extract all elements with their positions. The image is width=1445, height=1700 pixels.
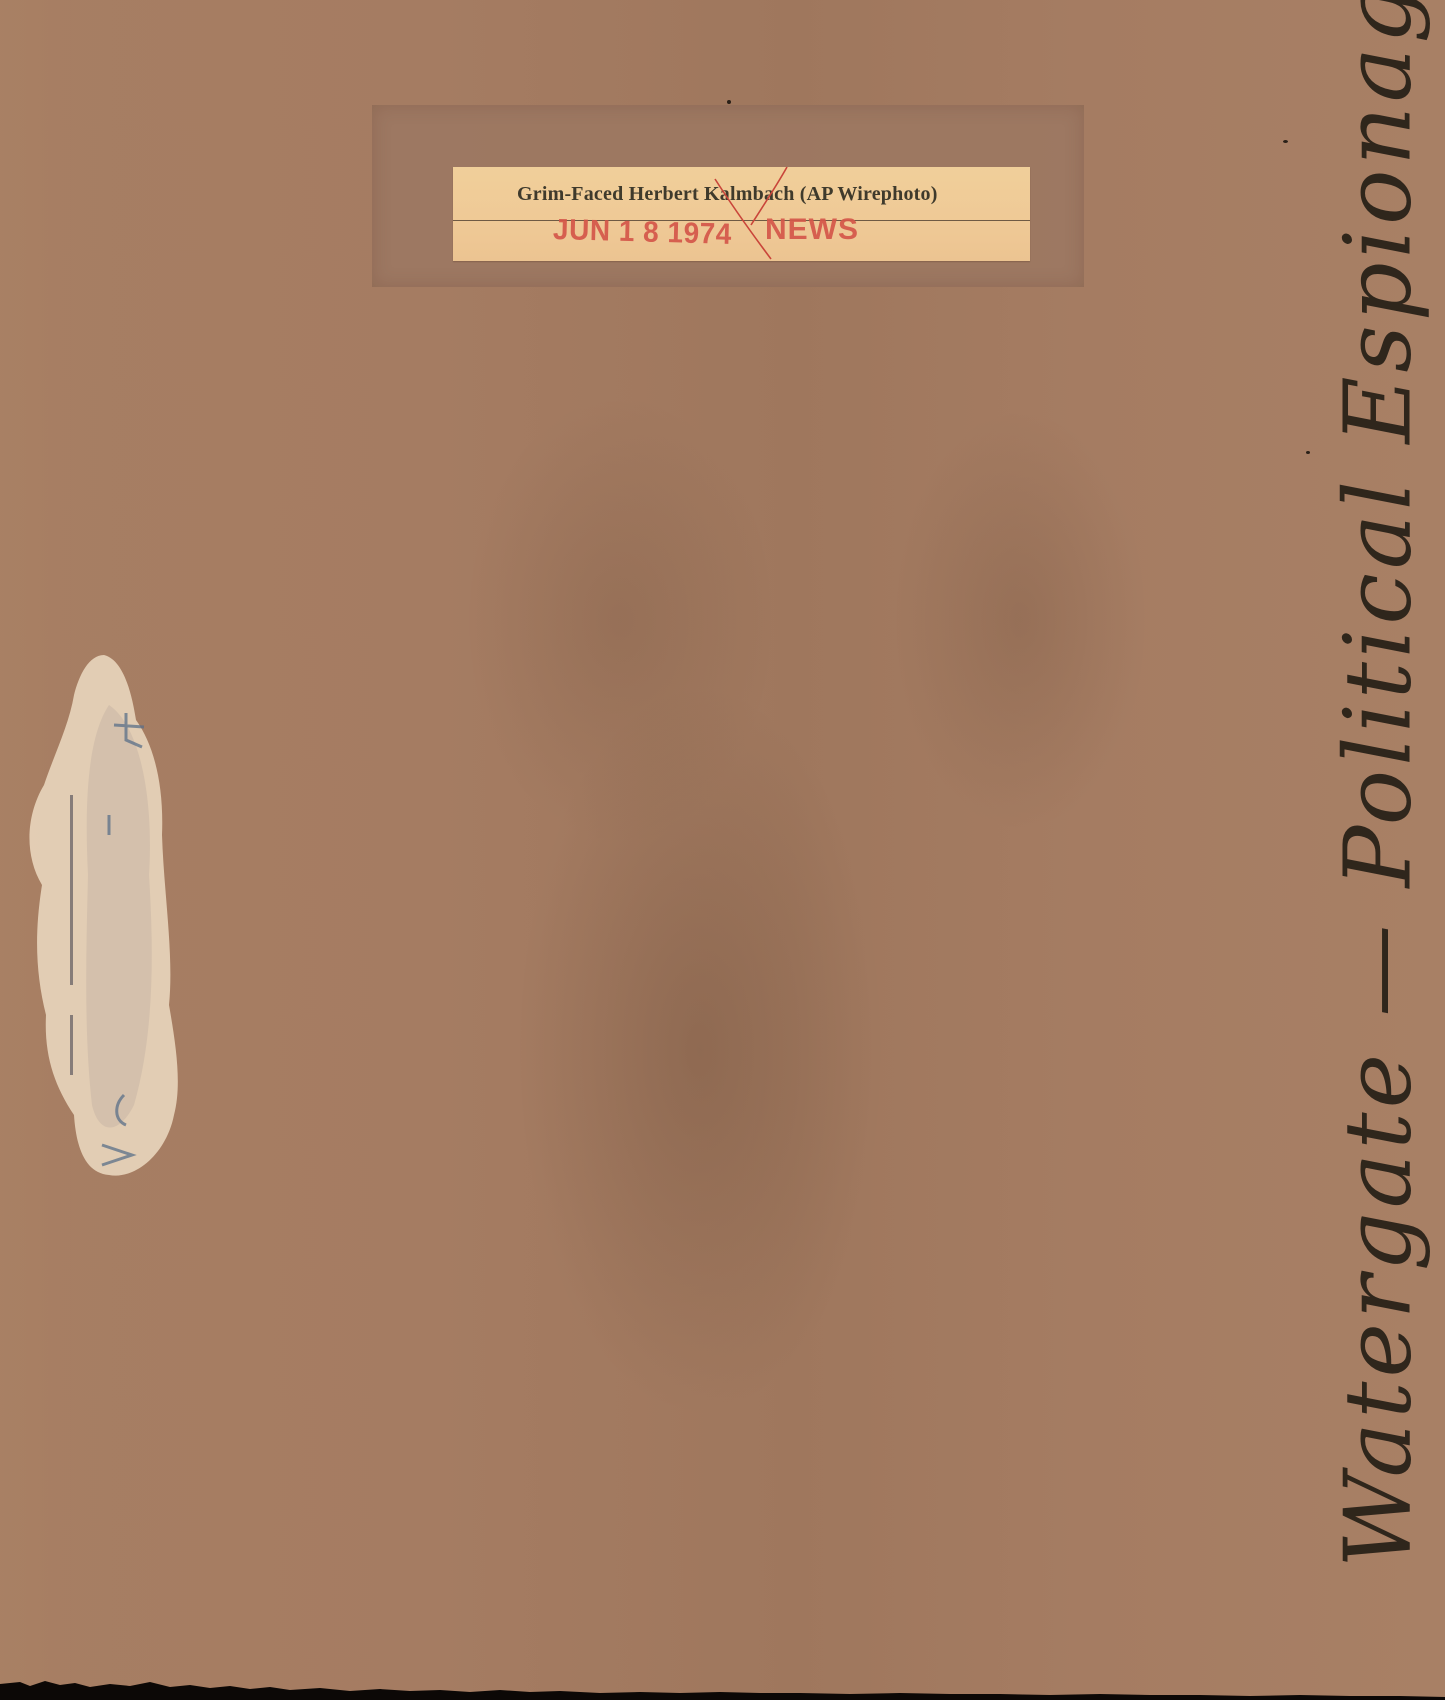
ink-speck [1306,451,1310,454]
red-check-mark-icon [453,167,1030,261]
label-rule-line [453,220,1030,221]
torn-sticker-remnant [14,635,179,1195]
ink-speck [727,100,731,104]
date-stamp: JUN 1 8 1974 [553,213,733,252]
photo-back-paper: Grim-Faced Herbert Kalmbach (AP Wirephot… [0,0,1445,1700]
torn-bottom-edge [0,1678,1445,1700]
caption-label: Grim-Faced Herbert Kalmbach (AP Wirephot… [453,167,1030,261]
ink-speck [1283,140,1288,143]
newspaper-stamp: NEWS [765,213,859,247]
handwritten-note-text: Watergate — Political Espionage [1324,0,1431,1568]
handwritten-note: Watergate — Political Espionage [1310,20,1445,1470]
caption-text: Grim-Faced Herbert Kalmbach (AP Wirephot… [517,183,938,206]
